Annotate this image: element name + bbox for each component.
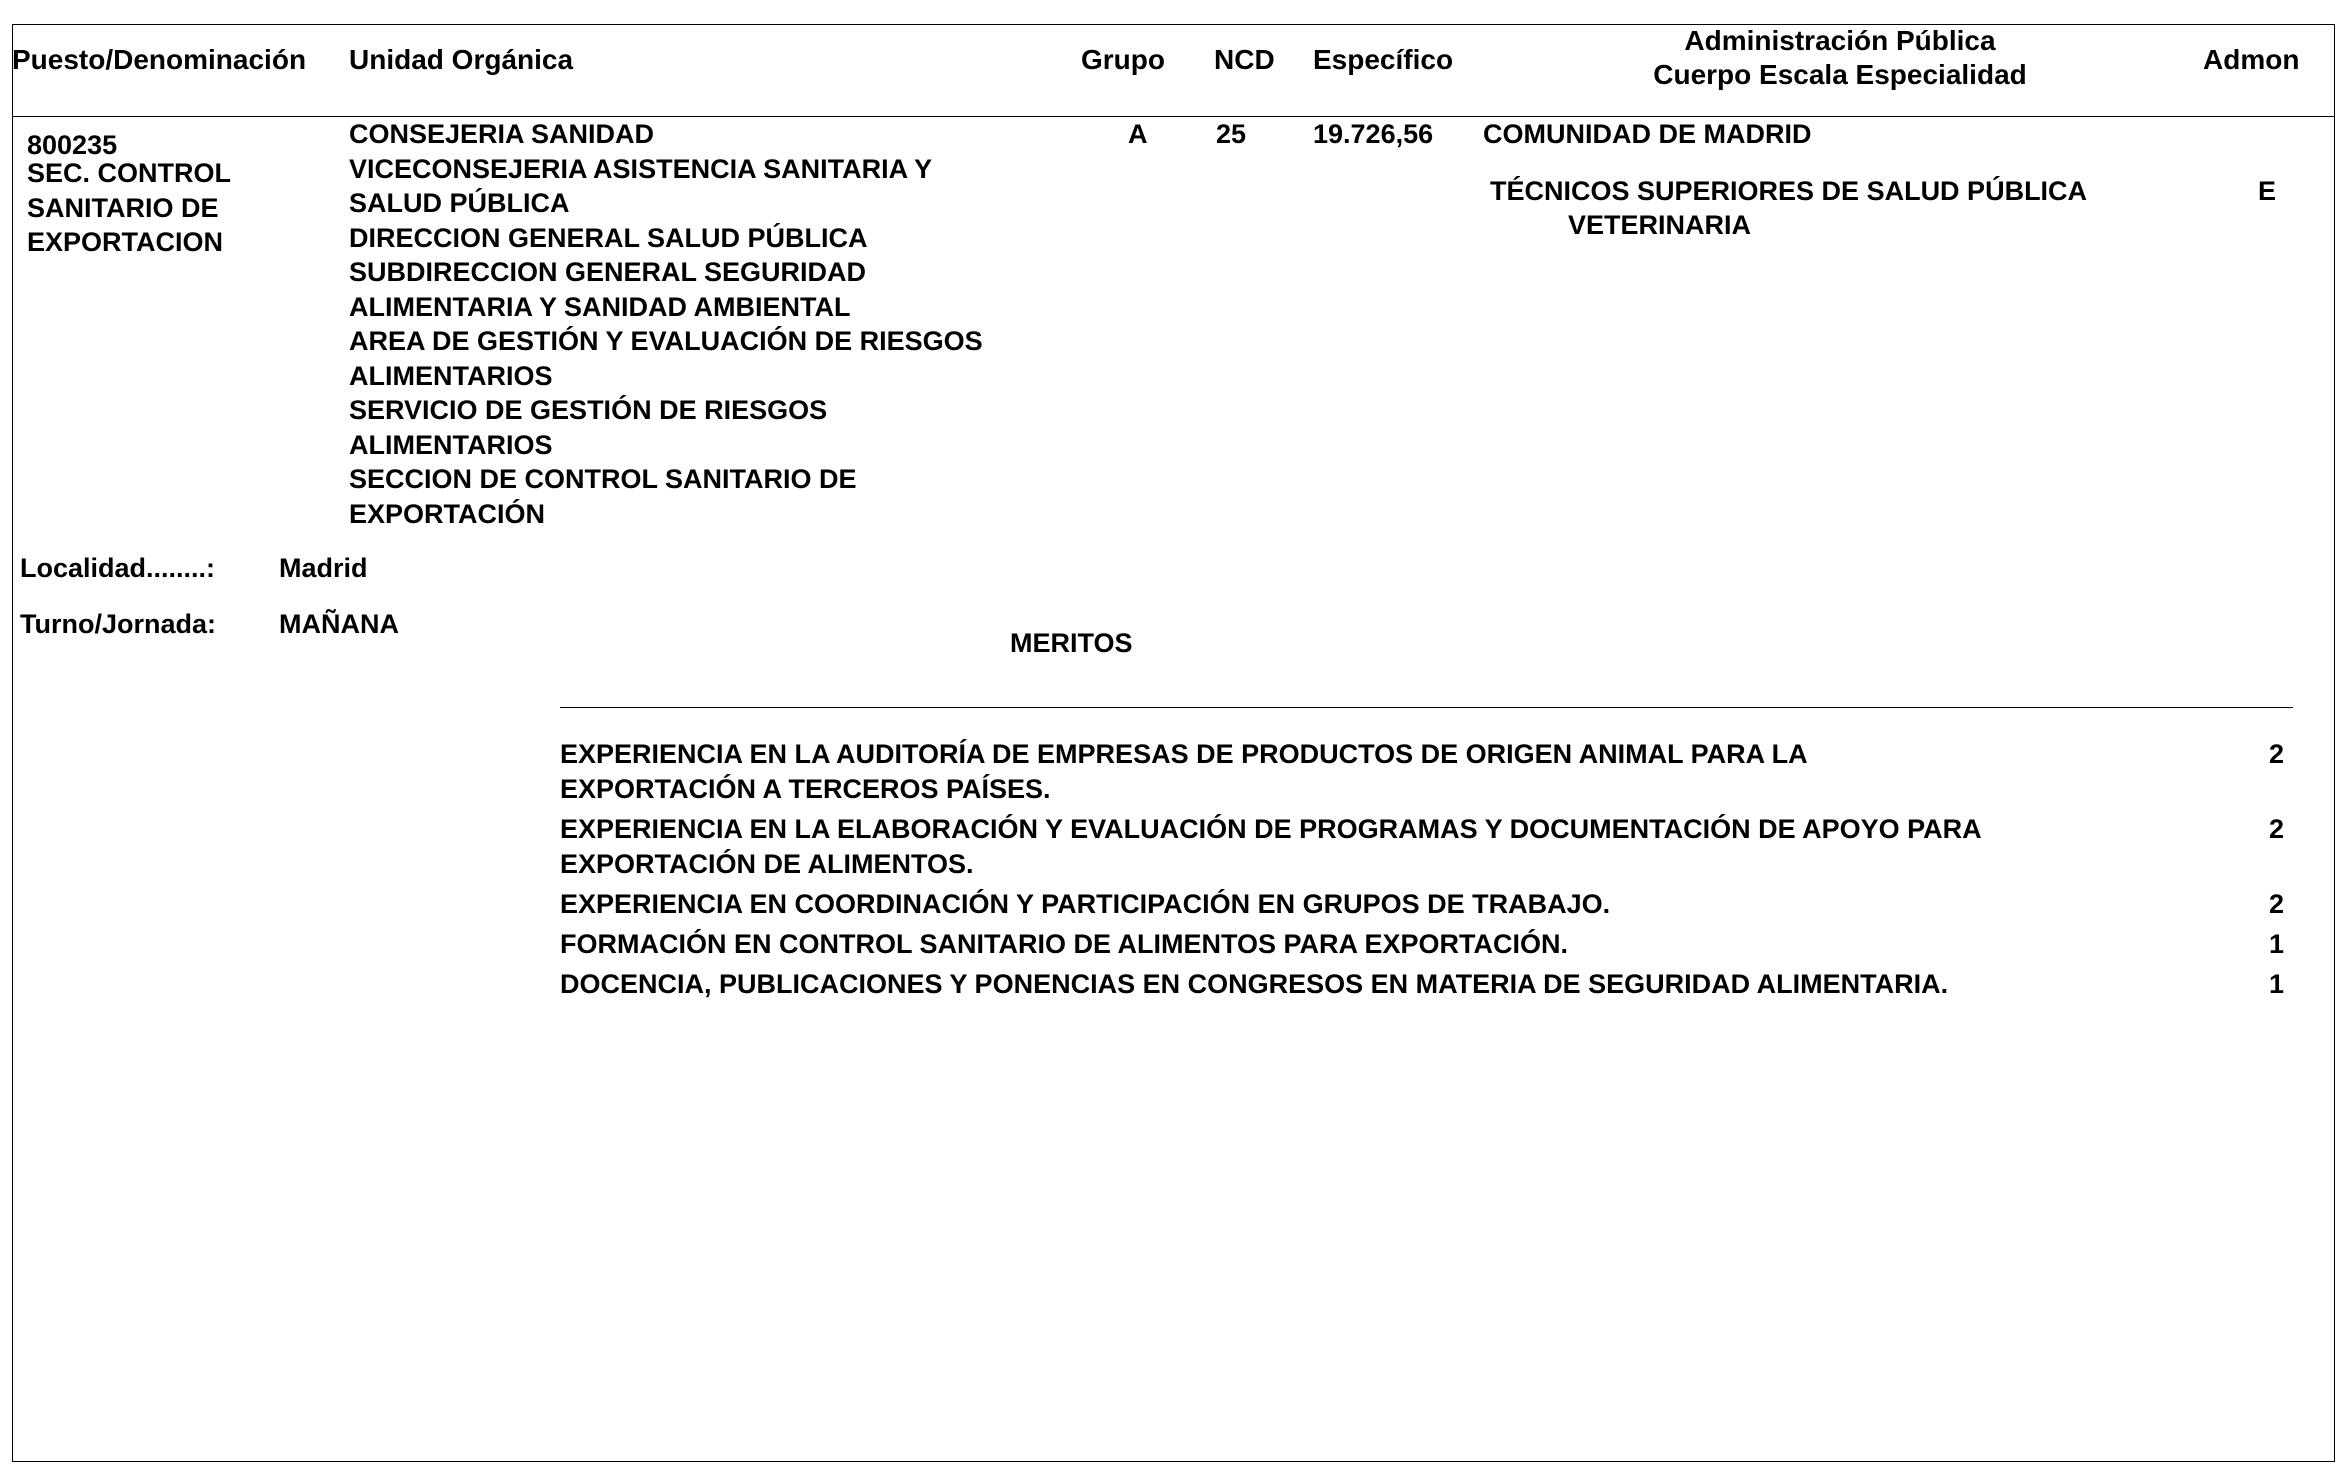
merito-text: DOCENCIA, PUBLICACIONES Y PONENCIAS EN C…: [560, 967, 2160, 1002]
merito-text: FORMACIÓN EN CONTROL SANITARIO DE ALIMEN…: [560, 927, 2160, 962]
unidad-line: AREA DE GESTIÓN Y EVALUACIÓN DE RIESGOS: [349, 324, 983, 359]
merito-score: 1: [2269, 927, 2284, 962]
merito-item: EXPERIENCIA EN COORDINACIÓN Y PARTICIPAC…: [560, 887, 2290, 922]
header-unidad: Unidad Orgánica: [349, 43, 573, 77]
especialidad-value: VETERINARIA: [1568, 208, 1751, 242]
header-admon: Admon: [2203, 43, 2299, 77]
unidad-line: ALIMENTARIOS: [349, 428, 983, 463]
merito-text: EXPERIENCIA EN COORDINACIÓN Y PARTICIPAC…: [560, 887, 2160, 922]
merito-score: 1: [2269, 967, 2284, 1002]
administracion-value: COMUNIDAD DE MADRID: [1483, 117, 1811, 151]
unidad-line: SERVICIO DE GESTIÓN DE RIESGOS: [349, 393, 983, 428]
merito-score: 2: [2269, 887, 2284, 922]
unidad-organica: CONSEJERIA SANIDAD VICECONSEJERIA ASISTE…: [349, 117, 983, 531]
cuerpo-value: TÉCNICOS SUPERIORES DE SALUD PÚBLICA: [1490, 174, 2087, 208]
merito-text: EXPERIENCIA EN LA AUDITORÍA DE EMPRESAS …: [560, 737, 2160, 807]
localidad-label: Localidad........:: [20, 551, 215, 585]
header-especifico: Específico: [1313, 43, 1453, 77]
header-ncd: NCD: [1214, 43, 1275, 77]
merito-score: 2: [2269, 737, 2284, 772]
ncd-value: 25: [1216, 117, 1246, 151]
denominacion-line: SANITARIO DE: [27, 191, 231, 226]
unidad-line: SALUD PÚBLICA: [349, 186, 983, 221]
puesto-denominacion: SEC. CONTROL SANITARIO DE EXPORTACION: [27, 156, 231, 260]
merito-item: FORMACIÓN EN CONTROL SANITARIO DE ALIMEN…: [560, 927, 2290, 962]
unidad-line: SECCION DE CONTROL SANITARIO DE: [349, 462, 983, 497]
header-cuerpo-escala: Cuerpo Escala Especialidad: [1580, 58, 2100, 92]
turno-value: MAÑANA: [279, 607, 399, 641]
merito-text: EXPERIENCIA EN LA ELABORACIÓN Y EVALUACI…: [560, 812, 2160, 882]
unidad-line: EXPORTACIÓN: [349, 497, 983, 532]
unidad-line: VICECONSEJERIA ASISTENCIA SANITARIA Y: [349, 152, 983, 187]
admon-value: E: [2258, 174, 2276, 208]
unidad-line: ALIMENTARIOS: [349, 359, 983, 394]
unidad-line: SUBDIRECCION GENERAL SEGURIDAD: [349, 255, 983, 290]
unidad-line: CONSEJERIA SANIDAD: [349, 117, 983, 152]
denominacion-line: EXPORTACION: [27, 225, 231, 260]
meritos-title: MERITOS: [1010, 626, 1133, 660]
merito-item: EXPERIENCIA EN LA AUDITORÍA DE EMPRESAS …: [560, 737, 2290, 807]
localidad-value: Madrid: [279, 551, 368, 585]
header-grupo: Grupo: [1081, 43, 1165, 77]
unidad-line: DIRECCION GENERAL SALUD PÚBLICA: [349, 221, 983, 256]
merito-score: 2: [2269, 812, 2284, 847]
header-puesto: Puesto/Denominación: [12, 43, 306, 77]
especifico-value: 19.726,56: [1313, 117, 1433, 151]
unidad-line: ALIMENTARIA Y SANIDAD AMBIENTAL: [349, 290, 983, 325]
meritos-list: EXPERIENCIA EN LA AUDITORÍA DE EMPRESAS …: [560, 737, 2290, 1007]
meritos-divider: [560, 707, 2293, 708]
merito-item: EXPERIENCIA EN LA ELABORACIÓN Y EVALUACI…: [560, 812, 2290, 882]
merito-item: DOCENCIA, PUBLICACIONES Y PONENCIAS EN C…: [560, 967, 2290, 1002]
denominacion-line: SEC. CONTROL: [27, 156, 231, 191]
header-admin-publica: Administración Pública: [1580, 24, 2100, 58]
grupo-value: A: [1128, 117, 1148, 151]
turno-label: Turno/Jornada:: [20, 607, 216, 641]
